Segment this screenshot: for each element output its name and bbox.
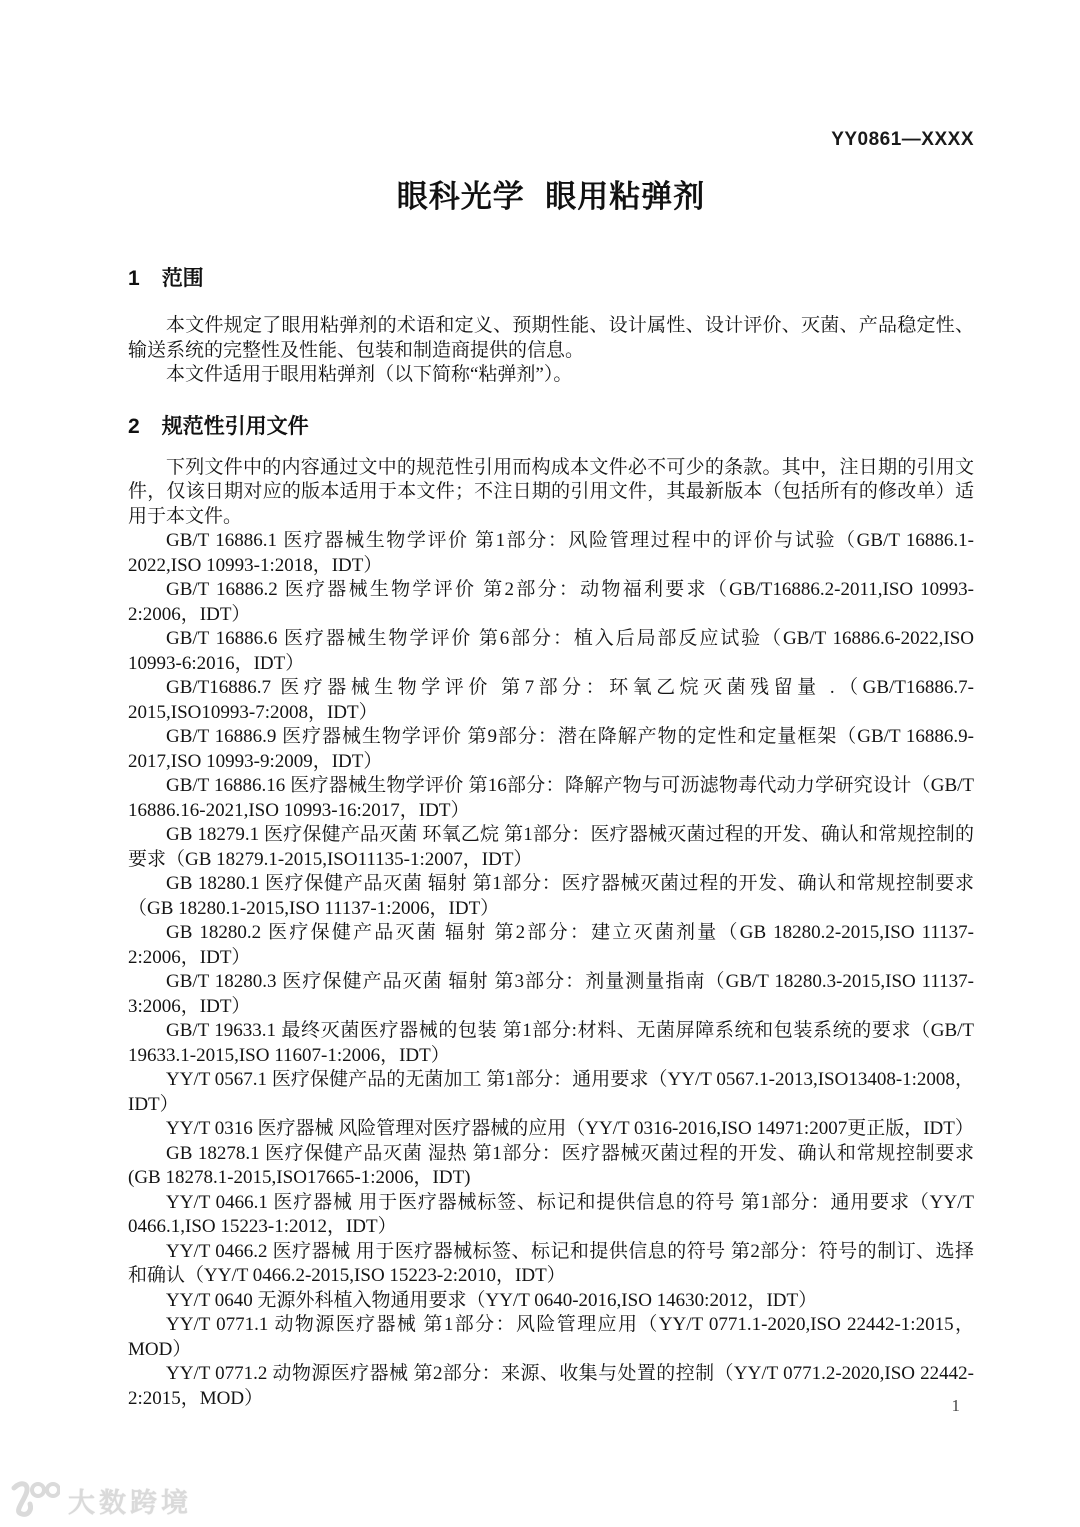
section-1-label: 范围 xyxy=(162,267,204,290)
reference-item: GB/T 16886.2 医疗器械生物学评价 第2部分：动物福利要求（GB/T1… xyxy=(128,578,974,627)
document-page: YY0861—XXXX 眼科光学 眼用粘弹剂 1范围 本文件规定了眼用粘弹剂的术… xyxy=(0,0,1080,1527)
page-number: 1 xyxy=(952,1396,961,1416)
reference-item: YY/T 0316 医疗器械 风险管理对医疗器械的应用（YY/T 0316-20… xyxy=(128,1117,974,1142)
reference-item: GB 18279.1 医疗保健产品灭菌 环氧乙烷 第1部分：医疗器械灭菌过程的开… xyxy=(128,823,974,872)
reference-item: GB/T 16886.9 医疗器械生物学评价 第9部分：潜在降解产物的定性和定量… xyxy=(128,725,974,774)
section-2-label: 规范性引用文件 xyxy=(162,415,309,438)
reference-item: YY/T 0771.2 动物源医疗器械 第2部分：来源、收集与处置的控制（YY/… xyxy=(128,1362,974,1411)
reference-item: YY/T 0771.1 动物源医疗器械 第1部分：风险管理应用（YY/T 077… xyxy=(128,1313,974,1362)
section-1-body: 本文件规定了眼用粘弹剂的术语和定义、预期性能、设计属性、设计评价、灭菌、产品稳定… xyxy=(128,314,974,388)
section-2-number: 2 xyxy=(128,414,140,440)
reference-item: GB/T 16886.16 医疗器械生物学评价 第16部分：降解产物与可沥滤物毒… xyxy=(128,774,974,823)
watermark-text: 大数跨境 xyxy=(68,1481,192,1520)
standard-code-header: YY0861—XXXX xyxy=(128,130,974,150)
page-title: 眼科光学 眼用粘弹剂 xyxy=(128,178,974,216)
section-1-number: 1 xyxy=(128,266,140,292)
reference-item: GB/T 18280.3 医疗保健产品灭菌 辐射 第3部分：剂量测量指南（GB/… xyxy=(128,970,974,1019)
reference-item: GB 18280.2 医疗保健产品灭菌 辐射 第2部分：建立灭菌剂量（GB 18… xyxy=(128,921,974,970)
reference-item: YY/T 0466.2 医疗器械 用于医疗器械标签、标记和提供信息的符号 第2部… xyxy=(128,1240,974,1289)
reference-item: GB/T 16886.1 医疗器械生物学评价 第1部分：风险管理过程中的评价与试… xyxy=(128,529,974,578)
reference-item: YY/T 0640 无源外科植入物通用要求（YY/T 0640-2016,ISO… xyxy=(128,1289,974,1314)
watermark: 大数跨境 xyxy=(8,1478,192,1523)
reference-item: YY/T 0466.1 医疗器械 用于医疗器械标签、标记和提供信息的符号 第1部… xyxy=(128,1191,974,1240)
reference-item: GB 18280.1 医疗保健产品灭菌 辐射 第1部分：医疗器械灭菌过程的开发、… xyxy=(128,872,974,921)
reference-item: GB/T 19633.1 最终灭菌医疗器械的包装 第1部分:材料、无菌屏障系统和… xyxy=(128,1019,974,1068)
section-2-body: 下列文件中的内容通过文中的规范性引用而构成本文件必不可少的条款。其中，注日期的引… xyxy=(128,456,974,1412)
section-2-heading: 2规范性引用文件 xyxy=(128,414,974,440)
paragraph: 下列文件中的内容通过文中的规范性引用而构成本文件必不可少的条款。其中，注日期的引… xyxy=(128,456,974,530)
paragraph: 本文件适用于眼用粘弹剂（以下简称“粘弹剂”）。 xyxy=(128,363,974,388)
section-1-heading: 1范围 xyxy=(128,266,974,292)
reference-item: GB/T 16886.6 医疗器械生物学评价 第6部分：植入后局部反应试验（GB… xyxy=(128,627,974,676)
reference-item: YY/T 0567.1 医疗保健产品的无菌加工 第1部分：通用要求（YY/T 0… xyxy=(128,1068,974,1117)
paragraph: 本文件规定了眼用粘弹剂的术语和定义、预期性能、设计属性、设计评价、灭菌、产品稳定… xyxy=(128,314,974,363)
reference-item: GB/T16886.7 医疗器械生物学评价 第7部分：环氧乙烷灭菌残留量 .（G… xyxy=(128,676,974,725)
reference-item: GB 18278.1 医疗保健产品灭菌 湿热 第1部分：医疗器械灭菌过程的开发、… xyxy=(128,1142,974,1191)
watermark-100-logo-icon xyxy=(8,1478,60,1523)
